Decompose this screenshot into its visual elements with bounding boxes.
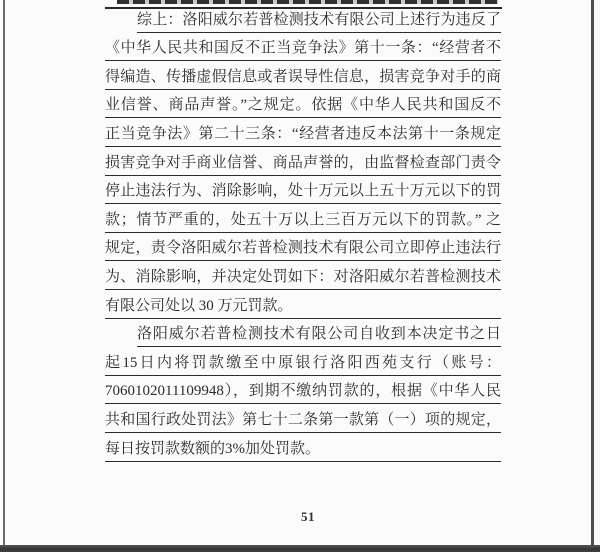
text-line: 洛阳威尔若普检测技术有限公司自收到本决定书之日: [105, 319, 501, 348]
text-line-content: 综上：洛阳威尔若普检测技术有限公司上述行为违反了: [137, 10, 501, 33]
text-line: 每日按罚款数额的3%加处罚款。: [105, 433, 501, 462]
scanned-document-page: 综上：洛阳威尔若普检测技术有限公司上述行为违反了 《中华人民共和国反不正当竞争法…: [0, 0, 600, 552]
text-line: 业信誉、商品声誉。”之规定。依据《中华人民共和国反不: [105, 90, 501, 119]
text-line: 有限公司处以 30 万元罚款。: [105, 290, 501, 319]
text-line-content: 有限公司处以 30 万元罚款。: [105, 296, 501, 319]
text-line-content: 规定，责令洛阳威尔若普检测技术有限公司立即停止违法行: [105, 238, 501, 261]
text-line: 起15日内将罚款缴至中原银行洛阳西苑支行（账号：: [105, 347, 501, 376]
text-line: 正当竞争法》第二十三条：“经营者违反本法第十一条规定: [105, 118, 501, 147]
text-line-content: 得编造、传播虚假信息或者误导性信息，损害竞争对手的商: [105, 67, 501, 90]
text-line-content: 业信誉、商品声誉。”之规定。依据《中华人民共和国反不: [105, 95, 501, 118]
text-line-content: 每日按罚款数额的3%加处罚款。: [105, 439, 501, 462]
document-text-block: 综上：洛阳威尔若普检测技术有限公司上述行为违反了 《中华人民共和国反不正当竞争法…: [105, 4, 501, 462]
text-line: 损害竞争对手商业信誉、商品声誉的，由监督检查部门责令: [105, 147, 501, 176]
scan-frame-right-edge: [591, 0, 594, 552]
scan-frame-bottom-edge: [0, 545, 600, 552]
text-line: 规定，责令洛阳威尔若普检测技术有限公司立即停止违法行: [105, 233, 501, 262]
text-line-content: 共和国行政处罚法》第七十二条第一款第（一）项的规定，: [105, 410, 501, 433]
text-line: 得编造、传播虚假信息或者误导性信息，损害竞争对手的商: [105, 61, 501, 90]
text-line: 7060102011109948），到期不缴纳罚款的，根据《中华人民: [105, 376, 501, 405]
page-number: 51: [8, 509, 600, 525]
text-line: 款；情节严重的，处五十万以上三百万元以下的罚款。” 之: [105, 204, 501, 233]
scan-frame-left-edge: [3, 0, 5, 552]
text-line-content: 正当竞争法》第二十三条：“经营者违反本法第十一条规定: [105, 124, 501, 147]
text-line-content: 损害竞争对手商业信誉、商品声誉的，由监督检查部门责令: [105, 153, 501, 176]
text-line-content: 7060102011109948），到期不缴纳罚款的，根据《中华人民: [105, 381, 501, 404]
text-line-content: 停止违法行为、消除影响，处十万元以上五十万元以下的罚: [105, 181, 501, 204]
text-line-content: 款；情节严重的，处五十万以上三百万元以下的罚款。” 之: [105, 210, 501, 233]
text-line-content: 为、消除影响，并决定处罚如下：对洛阳威尔若普检测技术: [105, 267, 501, 290]
text-line: 综上：洛阳威尔若普检测技术有限公司上述行为违反了: [105, 4, 501, 33]
text-line-content: 起15日内将罚款缴至中原银行洛阳西苑支行（账号：: [105, 353, 501, 376]
text-line-content: 《中华人民共和国反不正当竞争法》第十一条：“经营者不: [105, 38, 501, 61]
text-line: 停止违法行为、消除影响，处十万元以上五十万元以下的罚: [105, 176, 501, 205]
text-line-content: 洛阳威尔若普检测技术有限公司自收到本决定书之日: [137, 324, 501, 347]
text-line: 共和国行政处罚法》第七十二条第一款第（一）项的规定，: [105, 404, 501, 433]
text-line: 《中华人民共和国反不正当竞争法》第十一条：“经营者不: [105, 33, 501, 62]
text-line: 为、消除影响，并决定处罚如下：对洛阳威尔若普检测技术: [105, 261, 501, 290]
